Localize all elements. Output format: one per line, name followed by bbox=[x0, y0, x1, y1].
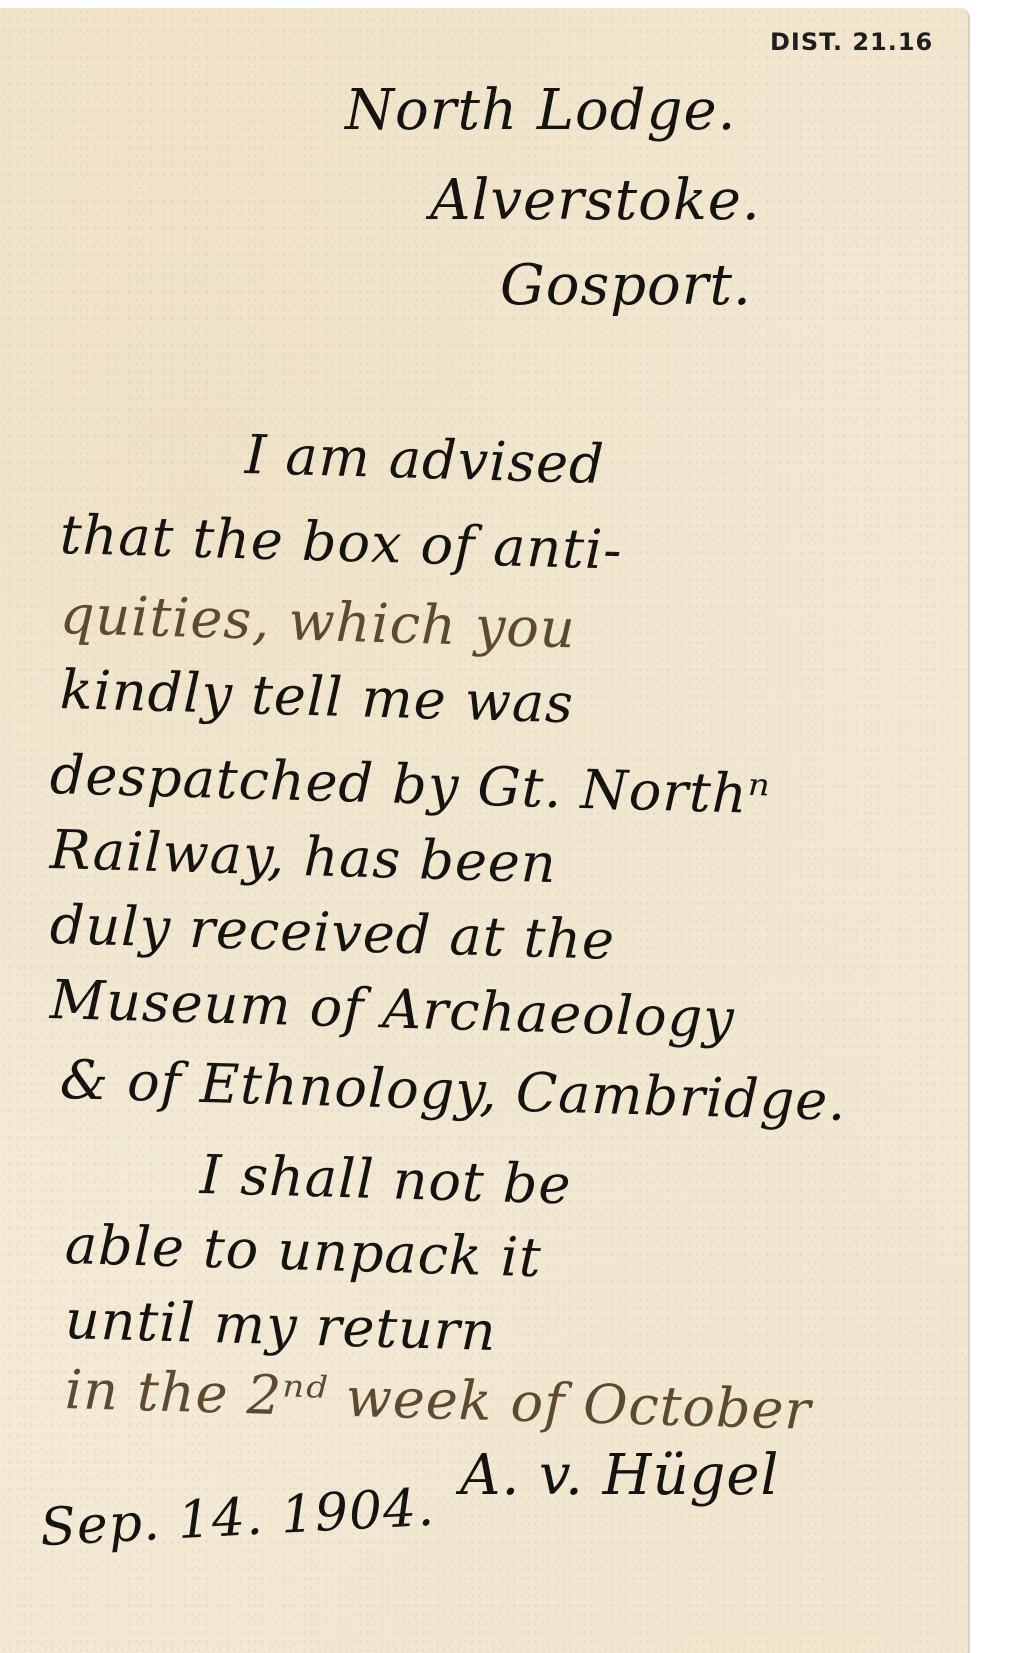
body-line: able to unpack it bbox=[64, 1213, 543, 1289]
body-line: I shall not be bbox=[199, 1143, 572, 1216]
address-line-3: Gosport. bbox=[500, 253, 752, 318]
body-line: despatched by Gt. Northⁿ bbox=[49, 743, 771, 826]
body-line: kindly tell me was bbox=[59, 658, 575, 735]
letter-date: Sep. 14. 1904. bbox=[39, 1478, 436, 1559]
body-line: in the 2ⁿᵈ week of October bbox=[64, 1358, 812, 1442]
address-line-1: North Lodge. bbox=[345, 78, 736, 143]
body-line: duly received at the bbox=[49, 893, 616, 972]
body-line: that the box of anti- bbox=[59, 503, 623, 582]
archive-reference: DIST. 21.16 bbox=[770, 28, 933, 56]
letter-paper: DIST. 21.16 North Lodge. Alverstoke. Gos… bbox=[0, 8, 970, 1653]
body-line: until my return bbox=[64, 1288, 497, 1363]
body-line: I am advised bbox=[244, 423, 605, 496]
body-line: quities, which you bbox=[59, 583, 576, 660]
body-line: Railway, has been bbox=[49, 818, 557, 895]
body-line: Museum of Archaeology bbox=[49, 968, 735, 1050]
address-line-2: Alverstoke. bbox=[430, 168, 761, 233]
body-line: & of Ethnology, Cambridge. bbox=[59, 1048, 847, 1133]
signature: A. v. Hügel bbox=[460, 1443, 779, 1508]
